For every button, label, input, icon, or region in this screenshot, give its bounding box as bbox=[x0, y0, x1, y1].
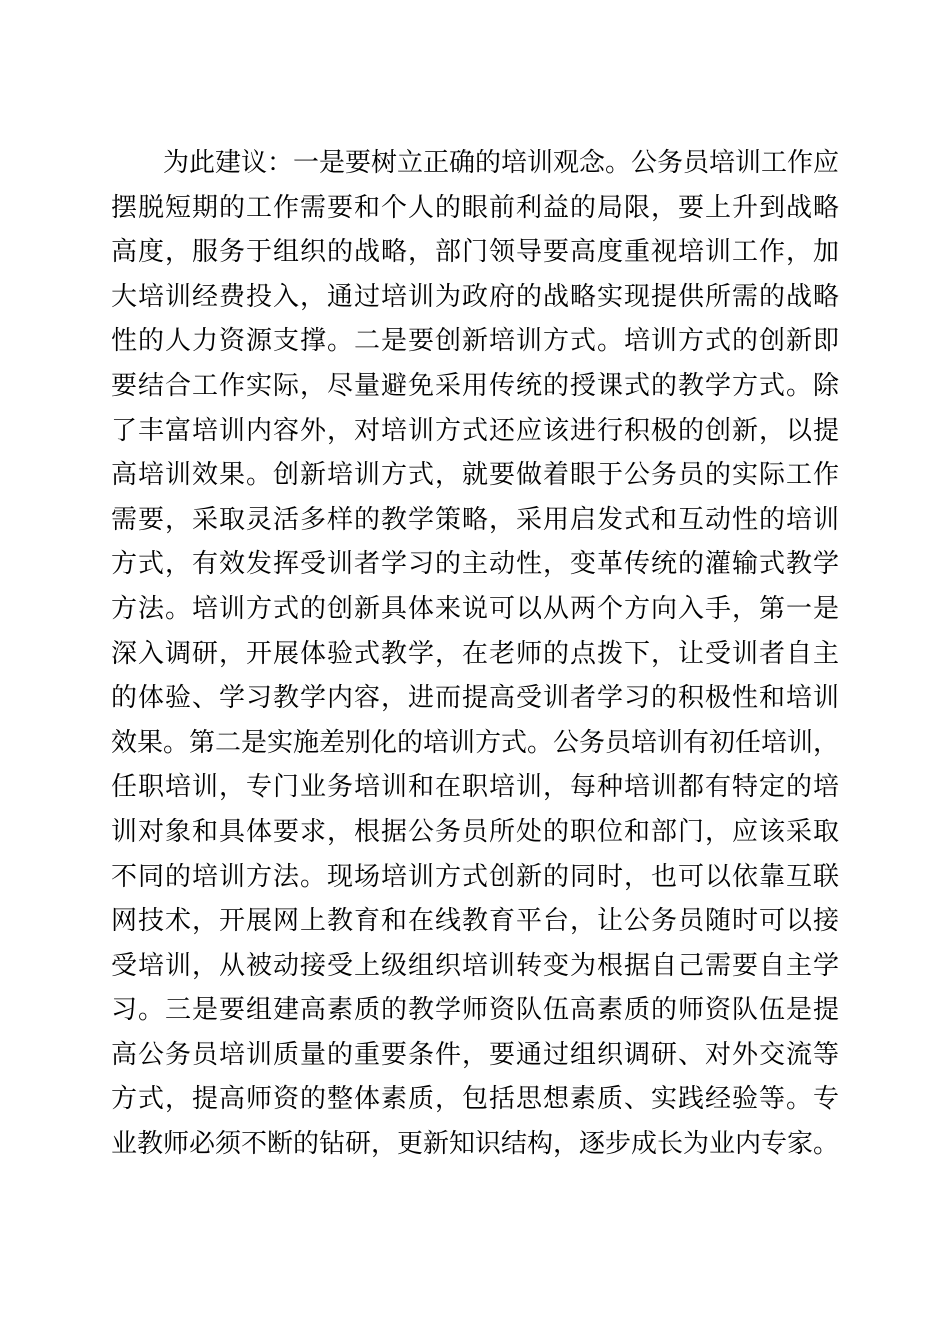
text-line-9: 需要，采取灵活多样的教学策略，采用启发式和互动性的培训 bbox=[111, 498, 839, 543]
text-line-8: 高培训效果。创新培训方式，就要做着眼于公务员的实际工作 bbox=[111, 453, 839, 498]
text-line-21: 高公务员培训质量的重要条件，要通过组织调研、对外交流等 bbox=[111, 1033, 839, 1078]
text-line-10: 方式，有效发挥受训者学习的主动性，变革传统的灌输式教学 bbox=[111, 542, 839, 587]
text-line-3: 高度，服务于组织的战略，部门领导要高度重视培训工作，加 bbox=[111, 230, 839, 275]
text-line-4: 大培训经费投入，通过培训为政府的战略实现提供所需的战略 bbox=[111, 275, 839, 320]
text-line-2: 摆脱短期的工作需要和个人的眼前利益的局限，要上升到战略 bbox=[111, 186, 839, 231]
text-line-15: 任职培训，专门业务培训和在职培训，每种培训都有特定的培 bbox=[111, 765, 839, 810]
paragraph: 为此建议：一是要树立正确的培训观念。公务员培训工作应摆脱短期的工作需要和个人的眼… bbox=[111, 141, 839, 1167]
text-line-5: 性的人力资源支撑。二是要创新培训方式。培训方式的创新即 bbox=[111, 319, 839, 364]
text-line-1: 为此建议：一是要树立正确的培训观念。公务员培训工作应 bbox=[111, 141, 839, 186]
text-line-11: 方法。培训方式的创新具体来说可以从两个方向入手，第一是 bbox=[111, 587, 839, 632]
text-line-22: 方式，提高师资的整体素质，包括思想素质、实践经验等。专 bbox=[111, 1077, 839, 1122]
text-line-16: 训对象和具体要求，根据公务员所处的职位和部门，应该采取 bbox=[111, 810, 839, 855]
text-line-12: 深入调研，开展体验式教学，在老师的点拨下，让受训者自主 bbox=[111, 632, 839, 677]
text-line-13: 的体验、学习教学内容，进而提高受训者学习的积极性和培训 bbox=[111, 676, 839, 721]
text-line-6: 要结合工作实际，尽量避免采用传统的授课式的教学方式。除 bbox=[111, 364, 839, 409]
text-line-17: 不同的培训方法。现场培训方式创新的同时，也可以依靠互联 bbox=[111, 855, 839, 900]
text-line-14: 效果。第二是实施差别化的培训方式。公务员培训有初任培训， bbox=[111, 721, 839, 766]
text-line-23: 业教师必须不断的钻研，更新知识结构，逐步成长为业内专家。 bbox=[111, 1122, 839, 1167]
text-line-18: 网技术，开展网上教育和在线教育平台，让公务员随时可以接 bbox=[111, 899, 839, 944]
text-line-20: 习。三是要组建高素质的教学师资队伍高素质的师资队伍是提 bbox=[111, 988, 839, 1033]
text-line-19: 受培训，从被动接受上级组织培训转变为根据自己需要自主学 bbox=[111, 944, 839, 989]
text-line-7: 了丰富培训内容外，对培训方式还应该进行积极的创新，以提 bbox=[111, 409, 839, 454]
document-page: 为此建议：一是要树立正确的培训观念。公务员培训工作应摆脱短期的工作需要和个人的眼… bbox=[0, 0, 950, 1344]
